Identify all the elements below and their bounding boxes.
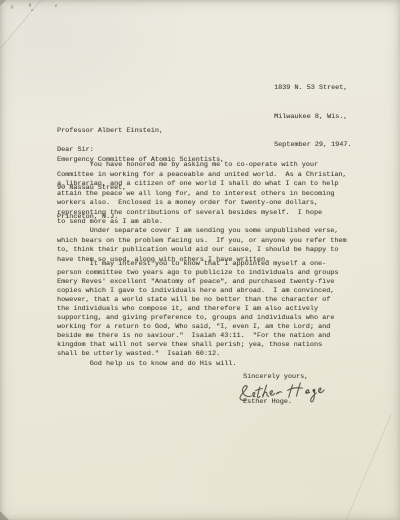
paragraph-3: It may interest you to know that I appoi… xyxy=(57,260,338,359)
sender-address-line: Milwaukee 8, Wis., xyxy=(274,113,352,123)
typed-signature-name: Esther Hoge. xyxy=(243,398,292,408)
closing-prayer-line: God help us to know and do His will. xyxy=(57,360,236,370)
letter-scan: 1839 N. 53 Street, Milwaukee 8, Wis., Se… xyxy=(0,0,400,520)
sender-address-line: 1839 N. 53 Street, xyxy=(274,84,352,94)
pencil-mark xyxy=(31,9,33,11)
sender-address-block: 1839 N. 53 Street, Milwaukee 8, Wis., Se… xyxy=(274,65,352,170)
recipient-name: Professor Albert Einstein, xyxy=(57,127,224,137)
letter-date: September 29, 1947. xyxy=(274,141,352,151)
paragraph-1: You have honored me by asking me to co-o… xyxy=(57,161,347,228)
salutation: Dear Sir: xyxy=(57,146,94,156)
